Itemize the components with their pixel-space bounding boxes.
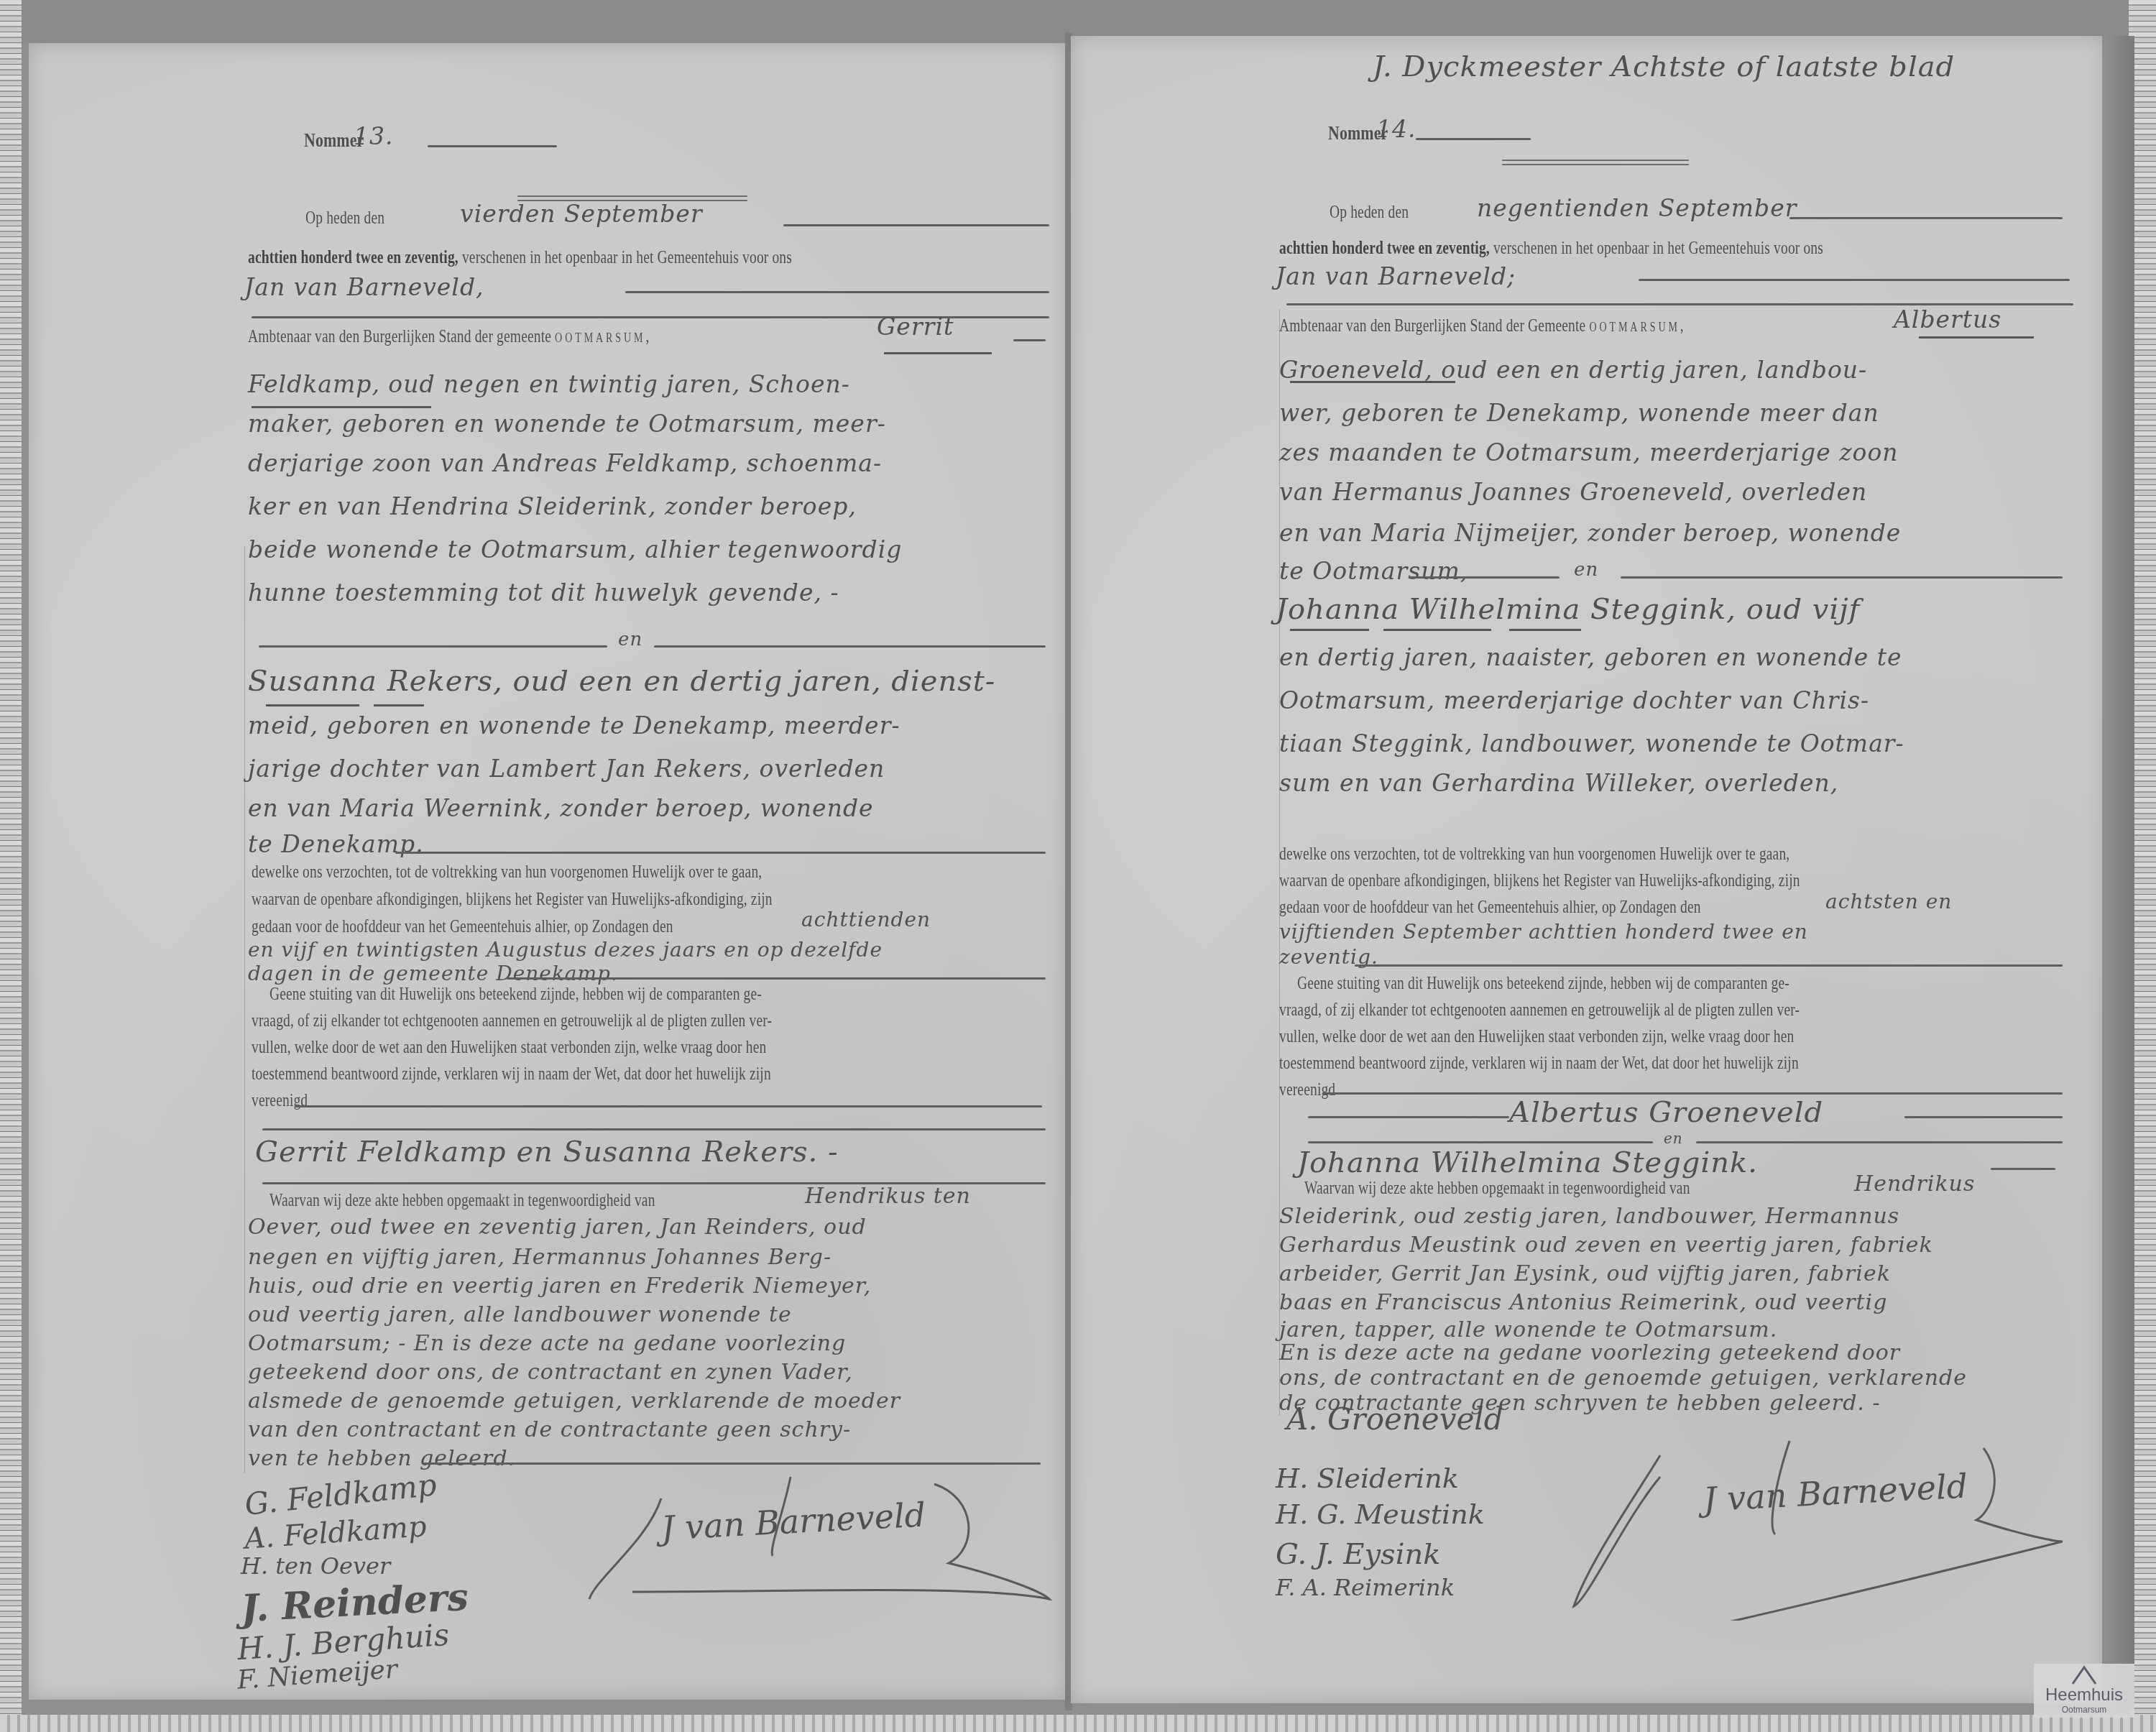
en-separator: en (1574, 559, 1598, 581)
official-name: Jan van Barneveld; (1276, 262, 1516, 290)
rule (1308, 1116, 1509, 1118)
rule (1991, 1168, 2055, 1170)
vereenigd-label: vereenigd (252, 1091, 308, 1111)
witnesses-line-8: ons, de contractant en de genoemde getui… (1279, 1365, 1967, 1391)
official-name: Jan van Barneveld, (244, 273, 484, 301)
proclamation-date-2: en vijf en twintigsten Augustus dezes ja… (248, 938, 883, 962)
bride-line-5: sum en van Gerhardina Willeker, overlede… (1279, 769, 1838, 797)
right-page-record-14: J. Dyckmeester Achtste of laatste blad N… (1071, 36, 2106, 1703)
witnesses-line-9: van den contractant en de contractante g… (248, 1417, 851, 1442)
rule (507, 977, 1046, 980)
witnesses-line-10: ven te hebben geleerd. (248, 1446, 515, 1471)
watermark-subtitle: Ootmarsum (2034, 1705, 2134, 1715)
geene-line-3: vullen, welke door de wet aan den Huweli… (252, 1038, 766, 1058)
groom-first-name: Albertus (1894, 305, 2001, 333)
witnesses-line-2: Sleiderink, oud zestig jaren, landbouwer… (1279, 1204, 1899, 1229)
geene-line-3: vullen, welke door de wet aan den Huweli… (1279, 1027, 1794, 1047)
groom-line-4: ker en van Hendrina Sleiderink, zonder b… (248, 492, 857, 520)
page-edge-shadow (2102, 36, 2134, 1710)
rule (259, 645, 607, 648)
signature-groom: A. Groeneveld (1286, 1401, 1503, 1437)
op-heden-label: Op heden den (305, 208, 384, 229)
rule (654, 645, 1046, 648)
record-number: 13. (354, 122, 393, 150)
groom-line-2: maker, geboren en wonende te Ootmarsum, … (248, 410, 886, 438)
rule (1904, 1116, 2063, 1118)
name-underline (374, 704, 424, 706)
dewelke-line-2: waarvan de openbare afkondigingen, blijk… (1279, 871, 1800, 891)
groom-line-6: hunne toestemming tot dit huwelyk gevend… (248, 579, 839, 607)
proclamation-date-3: dagen in de gemeente Denekamp. (248, 962, 618, 985)
rule (262, 1128, 1046, 1130)
rule (783, 224, 1049, 226)
ambtenaar-text: Ambtenaar van den Burgerlijken Stand der… (248, 327, 551, 346)
waarvan-line: Waarvan wij deze akte hebben opgemaakt i… (269, 1191, 655, 1211)
ambtenaar-text: Ambtenaar van den Burgerlijken Stand der… (1279, 316, 1585, 336)
groom-line-4: van Hermanus Joannes Groeneveld, overled… (1279, 478, 1867, 506)
name-underline (266, 704, 359, 706)
double-rule (1502, 160, 1689, 161)
municipality: OOTMARSUM (1589, 320, 1680, 334)
marriage-date: negentienden September (1477, 194, 1797, 222)
rule (428, 145, 557, 147)
proclamation-date-2: vijftienden September achttien honderd t… (1279, 920, 1808, 944)
rule (1696, 1141, 2063, 1143)
dewelke-line-2: waarvan de openbare afkondigingen, blijk… (252, 890, 773, 910)
witnesses-line-6: jaren, tapper, alle wonende te Ootmarsum… (1279, 1317, 1777, 1342)
united-en: en (1664, 1130, 1683, 1147)
geene-line-2: vraagd, of zij elkander tot echtgenooten… (1279, 1000, 1800, 1021)
witnesses-line-2: Oever, oud twee en zeventig jaren, Jan R… (248, 1215, 867, 1240)
double-rule (517, 195, 747, 197)
witnesses-line-7: En is deze acte na gedane voorlezing get… (1279, 1340, 1900, 1365)
record-number: 14. (1376, 115, 1416, 143)
witnesses-line-4: arbeider, Gerrit Jan Eysink, oud vijftig… (1279, 1261, 1891, 1286)
ambtenaar-line: Ambtenaar van den Burgerlijken Stand der… (1279, 316, 1684, 336)
signature-flourish (575, 1470, 1078, 1628)
witnesses-line-6: Ootmarsum; - En is deze acte na gedane v… (248, 1331, 846, 1356)
name-underline (884, 352, 992, 354)
witnesses-line-3: negen en vijftig jaren, Hermannus Johann… (248, 1245, 831, 1270)
groom-first-name: Gerrit (877, 313, 954, 341)
left-page-record-13: Nommer 13. Op heden den vierden Septembe… (29, 43, 1067, 1700)
rule (1322, 1092, 2063, 1095)
united-bride: Johanna Wilhelmina Steggink. (1297, 1146, 1758, 1179)
proclamation-date-1: achttienden (801, 908, 931, 931)
geene-line-1: Geene stuiting van dit Huwelijk ons bete… (269, 985, 762, 1005)
year-bold: achttien honderd twee en zeventig, (248, 248, 459, 267)
name-underline (1290, 629, 1369, 631)
witnesses-line-8: alsmede de genoemde getuigen, verklarend… (248, 1388, 900, 1414)
bride-line-4: en van Maria Weernink, zonder beroep, wo… (248, 794, 874, 822)
groom-line-1: Groeneveld, oud een en dertig jaren, lan… (1279, 356, 1867, 384)
year-rest: verschenen in het openbaar in het Gemeen… (1493, 239, 1823, 258)
groom-line-5: en van Maria Nijmeijer, zonder beroep, w… (1279, 519, 1901, 547)
rule (1416, 138, 1531, 140)
rule (1013, 339, 1046, 341)
waarvan-line: Waarvan wij deze akte hebben opgemaakt i… (1304, 1179, 1690, 1199)
signature-witness-3: G. J. Eysink (1276, 1538, 1440, 1571)
geene-line-4: toestemmend beantwoord zijnde, verklaren… (1279, 1054, 1799, 1074)
dewelke-line-1: dewelke ons verzochten, tot de voltrekki… (1279, 844, 1789, 865)
signature-witness-4: F. A. Reimerink (1276, 1574, 1455, 1601)
groom-line-5: beide wonende te Ootmarsum, alhier tegen… (248, 535, 902, 563)
witnesses-line-3: Gerhardus Meustink oud zeven en veertig … (1279, 1233, 1933, 1258)
rule (1789, 217, 2063, 219)
house-roof-icon (2071, 1665, 2097, 1685)
geene-line-1: Geene stuiting van dit Huwelijk ons bete… (1297, 974, 1789, 994)
header-annotation: J. Dyckmeester Achtste of laatste blad (1373, 50, 1955, 83)
rule (1639, 279, 2070, 281)
bride-line-2: meid, geboren en wonende te Denekamp, me… (248, 711, 900, 740)
year-bold: achttien honderd twee en zeventig, (1279, 239, 1490, 258)
bride-line-3: jarige dochter van Lambert Jan Rekers, o… (248, 755, 885, 783)
watermark-name: Heemhuis (2034, 1685, 2134, 1705)
margin-rule (244, 546, 245, 1473)
bride-line-3: Ootmarsum, meerderjarige dochter van Chr… (1279, 686, 1869, 714)
witnesses-line-1: Hendrikus (1854, 1171, 1975, 1197)
witnesses-line-7: geteekend door ons, de contractant en zy… (248, 1360, 853, 1385)
witnesses-line-5: oud veertig jaren, alle landbouwer wonen… (248, 1302, 792, 1327)
name-underline (1509, 629, 1581, 631)
name-underline (1290, 381, 1455, 383)
heemhuis-watermark: Heemhuis Ootmarsum (2034, 1664, 2134, 1718)
groom-line-3: zes maanden te Ootmarsum, meerderjarige … (1279, 438, 1899, 466)
scan-bottom-edge (0, 1715, 2156, 1732)
rule (395, 852, 1046, 854)
scan-left-edge (0, 0, 22, 1732)
witnesses-line-1: Hendrikus ten (805, 1184, 971, 1209)
signature-witness-1: H. Sleiderink (1276, 1462, 1459, 1494)
name-underline (1919, 336, 2034, 338)
witnesses-line-5: baas en Franciscus Antonius Reimerink, o… (1279, 1290, 1887, 1315)
rule (423, 1462, 1041, 1465)
bride-line-5: te Denekamp. (248, 830, 424, 858)
bride-line-2: en dertig jaren, naaister, geboren en wo… (1279, 643, 1902, 671)
rule (295, 1105, 1042, 1107)
groom-line-1: Feldkamp, oud negen en twintig jaren, Sc… (248, 370, 850, 398)
en-separator: en (618, 629, 642, 650)
op-heden-label: Op heden den (1330, 203, 1409, 223)
united-groom: Albertus Groeneveld (1509, 1096, 1823, 1129)
geene-line-2: vraagd, of zij elkander tot echtgenooten… (252, 1011, 772, 1031)
year-rest: verschenen in het openbaar in het Gemeen… (462, 248, 792, 267)
groom-line-3: derjarige zoon van Andreas Feldkamp, sch… (248, 449, 882, 477)
rule (1409, 576, 1560, 579)
signature-witness-1: H. ten Oever (241, 1552, 390, 1580)
rule (1308, 1141, 1653, 1143)
witnesses-line-4: huis, oud drie en veertig jaren en Frede… (248, 1273, 871, 1299)
proclamation-date-1: achtsten en (1825, 890, 1952, 913)
year-line: achttien honderd twee en zeventig, versc… (248, 248, 792, 268)
signature-witness-2: H. G. Meustink (1276, 1498, 1485, 1530)
name-underline (252, 406, 431, 408)
municipality: OOTMARSUM (555, 331, 645, 345)
bride-line-4: tiaan Steggink, landbouwer, wonende te O… (1279, 729, 1904, 757)
bride-line-1: Susanna Rekers, oud een en dertig jaren,… (248, 665, 995, 698)
bride-line-1: Johanna Wilhelmina Steggink, oud vijf (1276, 593, 1860, 626)
signature-flourish (1560, 1434, 2063, 1621)
dewelke-line-1: dewelke ons verzochten, tot de voltrekki… (252, 862, 762, 883)
rule (1621, 576, 2063, 579)
geene-line-4: toestemmend beantwoord zijnde, verklaren… (252, 1064, 771, 1084)
dewelke-line-3: gedaan voor de hoofddeur van het Gemeent… (252, 917, 673, 937)
rule (1355, 964, 2063, 967)
dewelke-line-3: gedaan voor de hoofddeur van het Gemeent… (1279, 898, 1701, 918)
name-underline (1383, 629, 1491, 631)
united-couple: Gerrit Feldkamp en Susanna Rekers. - (255, 1136, 839, 1169)
vereenigd-label: vereenigd (1279, 1080, 1335, 1100)
groom-line-6: te Ootmarsum, (1279, 557, 1468, 585)
groom-line-2: wer, geboren te Denekamp, wonende meer d… (1279, 399, 1879, 427)
ambtenaar-line: Ambtenaar van den Burgerlijken Stand der… (248, 327, 650, 347)
rule (625, 291, 1049, 293)
marriage-date: vierden September (460, 200, 703, 228)
year-line: achttien honderd twee en zeventig, versc… (1279, 239, 1823, 259)
double-rule (1502, 164, 1689, 165)
